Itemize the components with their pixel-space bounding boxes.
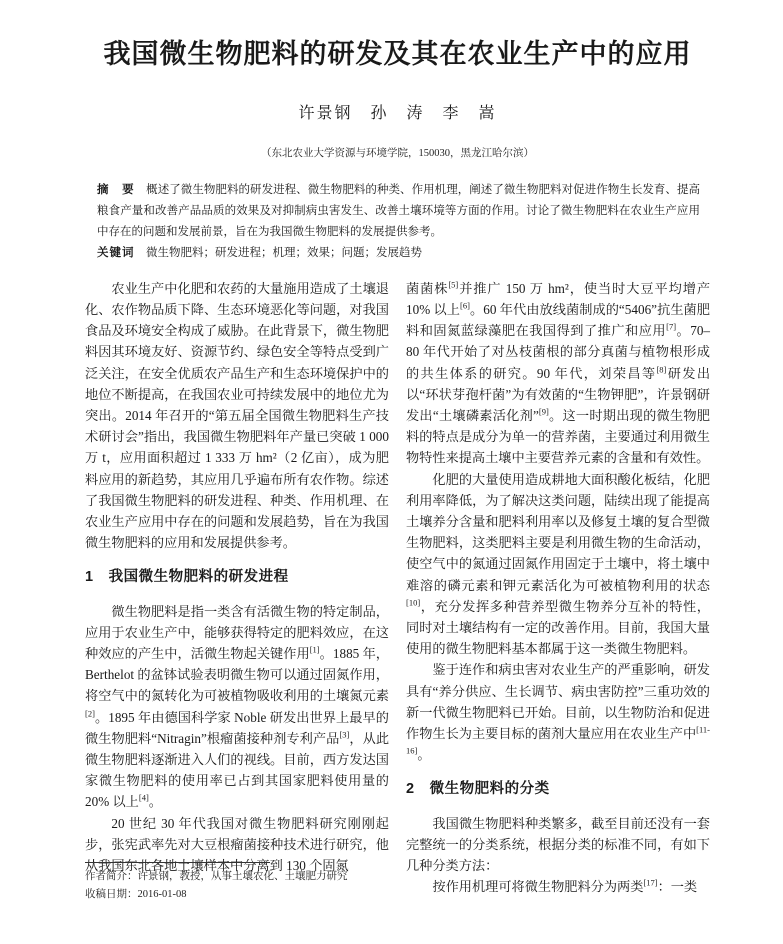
affiliation-line: （东北农业大学资源与环境学院，150030，黑龙江哈尔滨） xyxy=(85,145,710,160)
body-paragraph: 化肥的大量使用造成耕地大面积酸化板结，化肥利用率降低，为了解决这类问题，陆续出现… xyxy=(406,469,710,660)
right-column: 菌菌株[5]并推广 150 万 hm²，使当时大豆平均增产 10% 以上[6]。… xyxy=(406,278,710,898)
body-paragraph: 我国微生物肥料种类繁多，截至目前还没有一套完整统一的分类系统，根据分类的标准不同… xyxy=(406,813,710,877)
abstract-block: 摘 要 概述了微生物肥料的研发进程、微生物肥料的种类、作用机理，阐述了微生物肥料… xyxy=(97,180,700,264)
footnote-divider xyxy=(85,862,270,863)
abstract-label: 摘 要 xyxy=(97,184,135,196)
left-column: 农业生产中化肥和农药的大量施用造成了土壤退化、农作物品质下降、生态环境恶化等问题… xyxy=(85,278,389,898)
abstract-text: 概述了微生物肥料的研发进程、微生物肥料的种类、作用机理，阐述了微生物肥料对促进作… xyxy=(97,184,700,238)
body-paragraph: 按作用机理可将微生物肥料分为两类[17]：一类 xyxy=(406,876,710,897)
two-column-body: 农业生产中化肥和农药的大量施用造成了土壤退化、农作物品质下降、生态环境恶化等问题… xyxy=(85,278,710,898)
section-heading: 1 我国微生物肥料的研发进程 xyxy=(85,567,389,588)
body-paragraph: 农业生产中化肥和农药的大量施用造成了土壤退化、农作物品质下降、生态环境恶化等问题… xyxy=(85,278,389,554)
section-heading: 2 微生物肥料的分类 xyxy=(406,779,710,800)
keywords-paragraph: 关键词 微生物肥料；研发进程；机理；效果；问题；发展趋势 xyxy=(97,243,700,264)
keywords-label: 关键词 xyxy=(97,247,135,259)
footnote-author-bio: 作者简介：许景钢，教授，从事土壤农化、土壤肥力研究 xyxy=(85,868,389,886)
keywords-text: 微生物肥料；研发进程；机理；效果；问题；发展趋势 xyxy=(146,247,422,259)
abstract-paragraph: 摘 要 概述了微生物肥料的研发进程、微生物肥料的种类、作用机理，阐述了微生物肥料… xyxy=(97,180,700,243)
body-paragraph: 菌菌株[5]并推广 150 万 hm²，使当时大豆平均增产 10% 以上[6]。… xyxy=(406,278,710,469)
paper-page: 我国微生物肥料的研发及其在农业生产中的应用 许景钢 孙 涛 李 嵩 （东北农业大… xyxy=(0,0,783,944)
footnote-block: 作者简介：许景钢，教授，从事土壤农化、土壤肥力研究 收稿日期：2016-01-0… xyxy=(85,862,389,904)
body-paragraph: 微生物肥料是指一类含有活微生物的特定制品，应用于农业生产中，能够获得特定的肥料效… xyxy=(85,601,389,813)
authors-line: 许景钢 孙 涛 李 嵩 xyxy=(85,100,710,123)
body-paragraph: 鉴于连作和病虫害对农业生产的严重影响，研发具有“养分供应、生长调节、病虫害防控”… xyxy=(406,659,710,765)
paper-title: 我国微生物肥料的研发及其在农业生产中的应用 xyxy=(85,38,710,72)
footnote-received-date: 收稿日期：2016-01-08 xyxy=(85,886,389,904)
